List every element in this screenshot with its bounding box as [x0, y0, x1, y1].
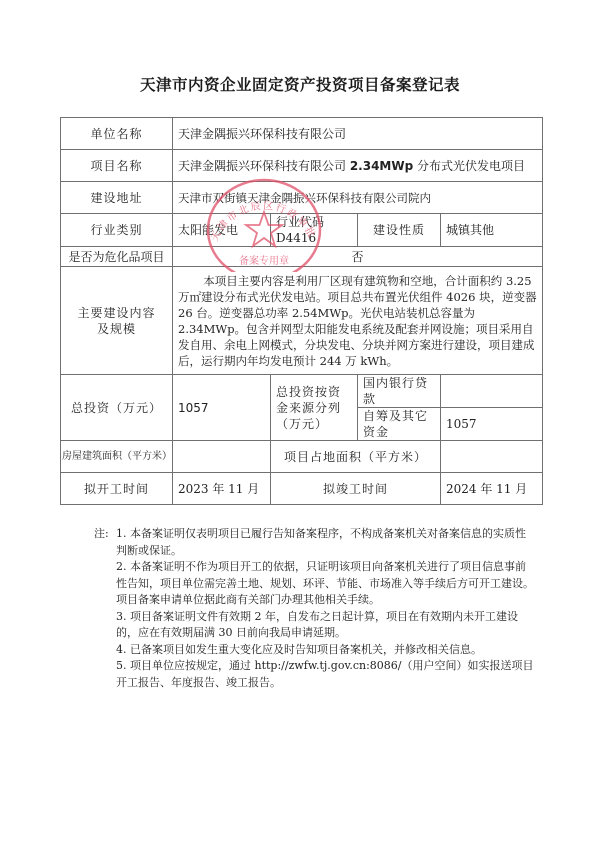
note-text-3: 3. 项目备案证明文件有效期 2 年，自发布之日起计算，项目在有效期内未开工建设… [116, 609, 534, 642]
bank-loan-label: 国内银行贷款 [358, 375, 441, 408]
note-indent [94, 609, 116, 642]
row-schedule: 拟开工时间 2023 年 11 月 拟竣工时间 2024 年 11 月 [61, 473, 543, 505]
project-name-value: 天津金隅振兴环保科技有限公司 2.34MWp 分布式光伏发电项目 [173, 150, 543, 182]
note-2: 2. 本备案证明不作为项目开工的依据，只证明该项目向备案机关进行了项目信息事前性… [94, 559, 534, 609]
building-area-value [173, 441, 271, 473]
note-5: 5. 项目单位应按规定，通过 http://zwfw.tj.gov.cn:808… [94, 658, 534, 691]
note-indent [94, 559, 116, 609]
start-date-label: 拟开工时间 [61, 473, 173, 505]
notes-prefix: 注: [94, 526, 116, 559]
unit-name-value: 天津金隅振兴环保科技有限公司 [173, 118, 543, 150]
project-name-prefix: 天津金隅振兴环保科技有限公司 [178, 159, 350, 173]
hazardous-value: 否 [173, 247, 543, 267]
note-text-1: 1. 本备案证明仅表明项目已履行告知备案程序，不构成备案机关对备案信息的实质性判… [116, 526, 534, 559]
industry-label: 行业类别 [61, 214, 173, 247]
registration-table: 单位名称 天津金隅振兴环保科技有限公司 项目名称 天津金隅振兴环保科技有限公司 … [60, 117, 543, 505]
notes-section: 注: 1. 本备案证明仅表明项目已履行告知备案程序，不构成备案机关对备案信息的实… [94, 526, 534, 691]
note-indent [94, 642, 116, 659]
nature-value: 城镇其他 [441, 214, 543, 247]
note-indent [94, 658, 116, 691]
row-industry: 行业类别 太阳能发电 行业代码 D4416 建设性质 城镇其他 [61, 214, 543, 247]
industry-code-value: D4416 [276, 231, 316, 245]
row-hazardous: 是否为危化品项目 否 [61, 247, 543, 267]
end-date-value: 2024 年 11 月 [441, 473, 543, 505]
start-date-value: 2023 年 11 月 [173, 473, 271, 505]
row-unit-name: 单位名称 天津金隅振兴环保科技有限公司 [61, 118, 543, 150]
investment-label: 总投资（万元） [61, 375, 173, 441]
end-date-label: 拟竣工时间 [271, 473, 441, 505]
hazardous-label: 是否为危化品项目 [61, 247, 173, 267]
content-value: 本项目主要内容是利用厂区现有建筑物和空地，合计面积约 3.25 万㎡建设分布式光… [173, 267, 543, 375]
content-label-line2: 及规模 [66, 321, 167, 337]
note-text-5: 5. 项目单位应按规定，通过 http://zwfw.tj.gov.cn:808… [116, 658, 534, 691]
land-area-value [441, 441, 543, 473]
building-area-label: 房屋建筑面积（平方米） [61, 441, 173, 473]
project-name-label: 项目名称 [61, 150, 173, 182]
content-label: 主要建设内容及规模 [61, 267, 173, 375]
note-3: 3. 项目备案证明文件有效期 2 年，自发布之日起计算，项目在有效期内未开工建设… [94, 609, 534, 642]
investment-source-label: 总投资按资金来源分列（万元） [271, 375, 358, 441]
nature-label: 建设性质 [358, 214, 441, 247]
content-label-line1: 主要建设内容 [66, 305, 167, 321]
land-area-label: 项目占地面积（平方米） [271, 441, 441, 473]
note-text-2: 2. 本备案证明不作为项目开工的依据，只证明该项目向备案机关进行了项目信息事前性… [116, 559, 534, 609]
note-4: 4. 已备案项目如发生重大变化应及时告知项目备案机关，并修改相关信息。 [94, 642, 534, 659]
row-investment-1: 总投资（万元） 1057 总投资按资金来源分列（万元） 国内银行贷款 [61, 375, 543, 408]
industry-value: 太阳能发电 [173, 214, 271, 247]
note-text-4: 4. 已备案项目如发生重大变化应及时告知项目备案机关，并修改相关信息。 [116, 642, 482, 659]
row-area: 房屋建筑面积（平方米） 项目占地面积（平方米） [61, 441, 543, 473]
row-project-name: 项目名称 天津金隅振兴环保科技有限公司 2.34MWp 分布式光伏发电项目 [61, 150, 543, 182]
row-address: 建设地址 天津市双街镇天津金隅振兴环保科技有限公司院内 [61, 182, 543, 214]
industry-code-cell: 行业代码 D4416 [271, 214, 358, 247]
industry-code-label: 行业代码 [276, 215, 324, 229]
document-title: 天津市内资企业固定资产投资项目备案登记表 [0, 73, 600, 95]
investment-value: 1057 [173, 375, 271, 441]
address-value: 天津市双街镇天津金隅振兴环保科技有限公司院内 [173, 182, 543, 214]
self-funded-value: 1057 [441, 408, 543, 441]
unit-name-label: 单位名称 [61, 118, 173, 150]
row-content: 主要建设内容及规模 本项目主要内容是利用厂区现有建筑物和空地，合计面积约 3.2… [61, 267, 543, 375]
project-capacity: 2.34MWp [350, 159, 413, 173]
note-1: 注: 1. 本备案证明仅表明项目已履行告知备案程序，不构成备案机关对备案信息的实… [94, 526, 534, 559]
bank-loan-value [441, 375, 543, 408]
project-name-suffix: 分布式光伏发电项目 [413, 159, 525, 173]
address-label: 建设地址 [61, 182, 173, 214]
self-funded-label: 自筹及其它资金 [358, 408, 441, 441]
